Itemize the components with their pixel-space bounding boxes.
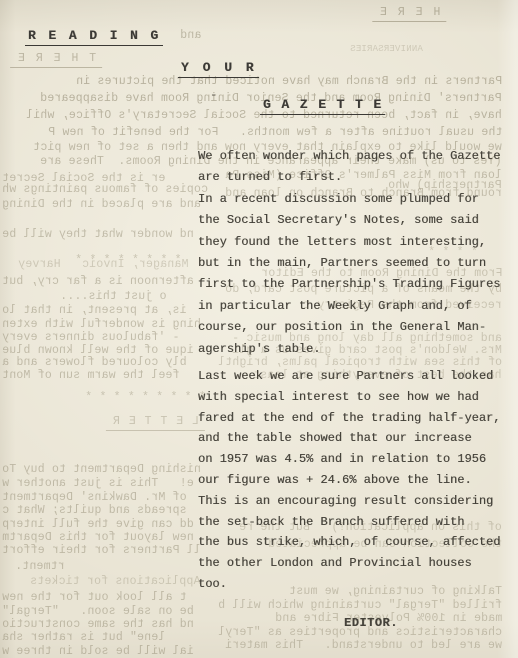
article-paragraph-1: We often wonder which pages of the Gazet… (198, 146, 516, 360)
heading-gazette: G A Z E T T E (260, 97, 385, 115)
article-paragraph-2: Last week we are sure Partners all looke… (198, 366, 516, 595)
heading-your: Y O U R (178, 60, 259, 78)
editor-signature: EDITOR. (344, 616, 398, 630)
heading-reading: R E A D I N G (25, 28, 163, 46)
article-layer: R E A D I N G Y O U R G A Z E T T E - We… (0, 0, 518, 658)
stray-pen-mark: - (210, 88, 217, 102)
scanned-document-page: H E R EANNIVERSARIESandT H E R EPartners… (0, 0, 518, 658)
